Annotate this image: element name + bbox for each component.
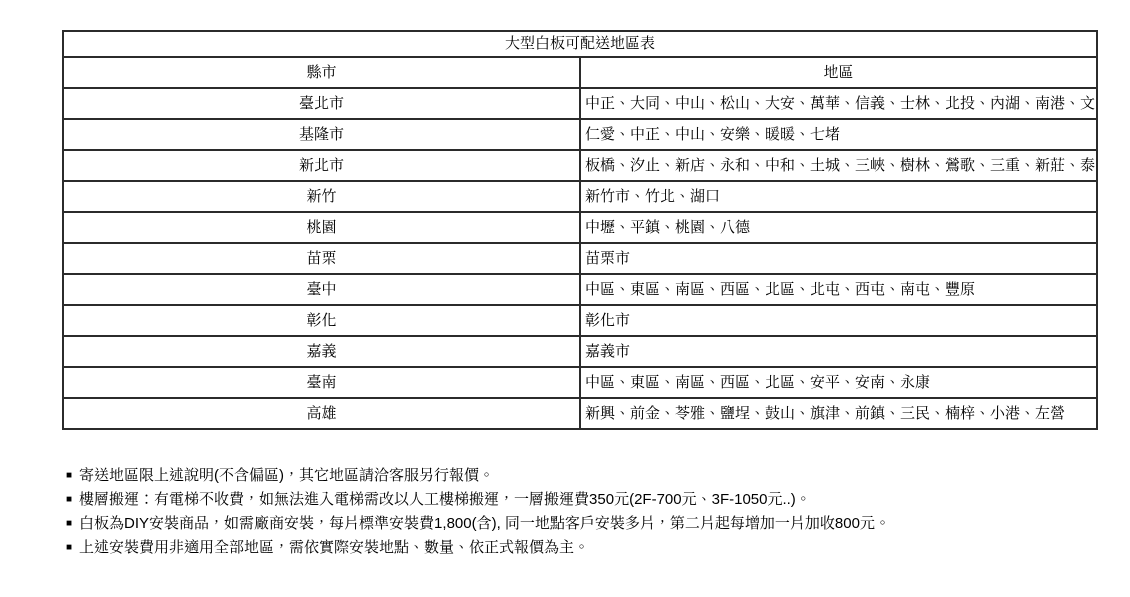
district-cell: 中壢、平鎮、桃園、八德 (580, 212, 1097, 243)
district-cell: 新竹市、竹北、湖口 (580, 181, 1097, 212)
district-cell: 中區、東區、南區、西區、北區、安平、安南、永康 (580, 367, 1097, 398)
table-row: 高雄 新興、前金、苓雅、鹽埕、鼓山、旗津、前鎮、三民、楠梓、小港、左營 (63, 398, 1097, 429)
county-cell: 臺中 (63, 274, 580, 305)
table-row: 基隆市 仁愛、中正、中山、安樂、暖暖、七堵 (63, 119, 1097, 150)
county-cell: 桃園 (63, 212, 580, 243)
district-header: 地區 (580, 57, 1097, 88)
table-row: 新竹 新竹市、竹北、湖口 (63, 181, 1097, 212)
table-row: 彰化 彰化市 (63, 305, 1097, 336)
square-bullet-icon: ■ (66, 464, 72, 488)
note-text: 白板為DIY安裝商品，如需廠商安裝，每片標準安裝費1,800(含), 同一地點客… (79, 515, 890, 532)
page: 大型白板可配送地區表 縣市 地區 臺北市 中正、大同、中山、松山、大安、萬華、信… (0, 0, 1130, 597)
note-item: ■上述安裝費用非適用全部地區，需依實際安裝地點、數量、依正式報價為主。 (66, 536, 1116, 560)
county-cell: 彰化 (63, 305, 580, 336)
square-bullet-icon: ■ (66, 512, 72, 536)
district-cell: 彰化市 (580, 305, 1097, 336)
note-item: ■白板為DIY安裝商品，如需廠商安裝，每片標準安裝費1,800(含), 同一地點… (66, 512, 1116, 536)
square-bullet-icon: ■ (66, 536, 72, 560)
county-cell: 高雄 (63, 398, 580, 429)
table-row: 桃園 中壢、平鎮、桃園、八德 (63, 212, 1097, 243)
note-text: 寄送地區限上述說明(不含偏區)，其它地區請洽客服另行報價。 (79, 467, 494, 484)
table-row: 嘉義 嘉義市 (63, 336, 1097, 367)
note-text: 上述安裝費用非適用全部地區，需依實際安裝地點、數量、依正式報價為主。 (79, 539, 589, 556)
table-row: 臺北市 中正、大同、中山、松山、大安、萬華、信義、士林、北投、內湖、南港、文山 (63, 88, 1097, 119)
county-cell: 嘉義 (63, 336, 580, 367)
county-cell: 苗栗 (63, 243, 580, 274)
note-item: ■樓層搬運：有電梯不收費，如無法進入電梯需改以人工樓梯搬運，一層搬運費350元(… (66, 488, 1116, 512)
table-row: 臺中 中區、東區、南區、西區、北區、北屯、西屯、南屯、豐原 (63, 274, 1097, 305)
county-cell: 新北市 (63, 150, 580, 181)
square-bullet-icon: ■ (66, 488, 72, 512)
note-text: 樓層搬運：有電梯不收費，如無法進入電梯需改以人工樓梯搬運，一層搬運費350元(2… (79, 491, 811, 508)
county-header: 縣市 (63, 57, 580, 88)
delivery-area-table-wrap: 大型白板可配送地區表 縣市 地區 臺北市 中正、大同、中山、松山、大安、萬華、信… (62, 30, 1098, 430)
district-cell: 中正、大同、中山、松山、大安、萬華、信義、士林、北投、內湖、南港、文山 (580, 88, 1097, 119)
note-item: ■寄送地區限上述說明(不含偏區)，其它地區請洽客服另行報價。 (66, 464, 1116, 488)
county-cell: 基隆市 (63, 119, 580, 150)
table-title: 大型白板可配送地區表 (63, 31, 1097, 57)
delivery-area-table: 大型白板可配送地區表 縣市 地區 臺北市 中正、大同、中山、松山、大安、萬華、信… (62, 30, 1098, 430)
table-row: 苗栗 苗栗市 (63, 243, 1097, 274)
table-row: 臺南 中區、東區、南區、西區、北區、安平、安南、永康 (63, 367, 1097, 398)
title-row: 大型白板可配送地區表 (63, 31, 1097, 57)
table-row: 新北市 板橋、汐止、新店、永和、中和、土城、三峽、樹林、鶯歌、三重、新莊、泰山、… (63, 150, 1097, 181)
county-cell: 新竹 (63, 181, 580, 212)
county-cell: 臺南 (63, 367, 580, 398)
district-cell: 中區、東區、南區、西區、北區、北屯、西屯、南屯、豐原 (580, 274, 1097, 305)
district-cell: 新興、前金、苓雅、鹽埕、鼓山、旗津、前鎮、三民、楠梓、小港、左營 (580, 398, 1097, 429)
county-cell: 臺北市 (63, 88, 580, 119)
district-cell: 嘉義市 (580, 336, 1097, 367)
notes: ■寄送地區限上述說明(不含偏區)，其它地區請洽客服另行報價。 ■樓層搬運：有電梯… (66, 464, 1116, 560)
district-cell: 仁愛、中正、中山、安樂、暖暖、七堵 (580, 119, 1097, 150)
district-cell: 板橋、汐止、新店、永和、中和、土城、三峽、樹林、鶯歌、三重、新莊、泰山、林口、蘆… (580, 150, 1097, 181)
district-cell: 苗栗市 (580, 243, 1097, 274)
header-row: 縣市 地區 (63, 57, 1097, 88)
